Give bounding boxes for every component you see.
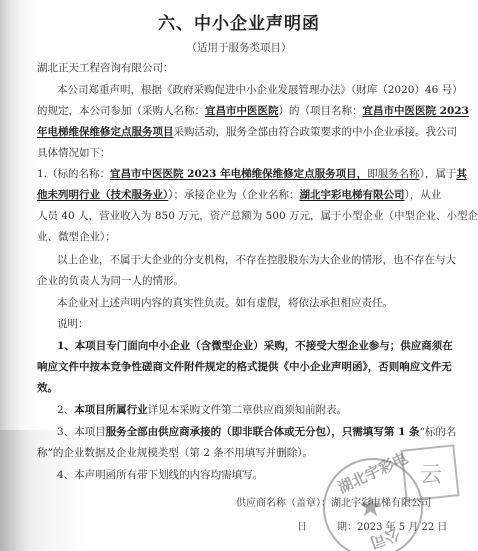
text: 采购活动，服务全部由符合政策要求的中小企业承接。我公司: [174, 126, 458, 138]
date-label: 日 期：: [297, 522, 357, 533]
note1-line1: 1、本项目专门面向中小企业（含微型企业）采购，不接受大型企业参与；供应商须在: [57, 340, 453, 353]
industry-end: 他未列明行业（技术服务业）: [37, 189, 168, 201]
text: 2、: [57, 404, 74, 416]
note1-line2: 响应文件中按本竞争性磋商文件附件规定的格式提供《中小企业声明函》，否则响应文件无: [37, 361, 452, 374]
project-name-start: 宜昌市中医医院 2023: [363, 105, 469, 117]
date-line: 日 期：2023 年 5 月 22 日: [297, 518, 447, 533]
item1-line4: 业、微型企业）；: [37, 231, 116, 244]
para1-line2: 的规定，本公司参加（采购人名称：宜昌市中医医院）的（项目名称：宜昌市中医医院 2…: [37, 105, 469, 118]
square-seal-text: 云: [420, 458, 442, 489]
note4: 4、本声明函所有带下划线的内容均需填写。: [57, 469, 263, 482]
industry-start: 其: [456, 168, 467, 180]
text: 详见本采购文件第二章供应商须知前附表。: [148, 404, 348, 416]
text: 3、本项目: [57, 426, 106, 438]
note3-line2: 称”的企业数据及企业规模类型（第 2 条不用填写并删除）。: [37, 447, 313, 460]
para1-line1: 本公司郑重声明，根据《政府采购促进中小企业发展管理办法》（财库（2020）46 …: [57, 84, 463, 97]
item1-line2: 他未列明行业（技术服务业））；承接企业为（企业名称：湖北宇彩电梯有限公司），从业: [37, 189, 441, 202]
company-name: 湖北宇彩电梯有限公司: [300, 189, 405, 201]
document-subtitle: （适用于服务类项目）: [0, 40, 478, 55]
subject-name: 宜昌市中医医院 2023 年电梯维保维修定点服务项目，: [110, 168, 367, 180]
supplier-label: 供应商名称（盖章）：: [236, 498, 331, 509]
item1-line3: 人员 40 人，营业收入为 850 万元，资产总额为 500 万元，属于小型企业…: [37, 210, 478, 223]
supplier-value: 湖北宇彩电梯有限公司: [331, 498, 431, 509]
note1-line3: 效。: [37, 382, 58, 395]
text: ）的（项目名称：: [279, 105, 363, 117]
notes-label: 说明：: [57, 318, 89, 331]
para1-line3: 年电梯维保维修定点服务项目采购活动，服务全部由符合政策要求的中小企业承接。我公司: [37, 126, 457, 139]
note2: 2、本项目所属行业详见本采购文件第二章供应商须知前附表。: [57, 404, 347, 417]
note3-line1: 3、本项目服务全部由供应商承接的（即非联合体或无分包），只需填写第 1 条“标的…: [57, 426, 456, 439]
text: “标的名: [420, 426, 457, 438]
service-name: 即服务名称: [367, 168, 420, 180]
project-name-end: 年电梯维保维修定点服务项目: [37, 126, 174, 138]
text: 1.（标的名称：: [37, 168, 110, 180]
item1-line1: 1.（标的名称：宜昌市中医医院 2023 年电梯维保维修定点服务项目，即服务名称…: [37, 168, 467, 181]
para2-line1: 以上企业，不属于大企业的分支机构，不存在控股股东为大企业的情形，也不存在与大: [57, 254, 456, 267]
para2-line2: 企业的负责人为同一人的情形。: [37, 275, 184, 288]
document-title: 六、中小企业声明函: [0, 9, 478, 34]
note2-bold: 本项目所属行业: [74, 404, 148, 416]
scanned-page: 六、中小企业声明函 （适用于服务类项目） 湖北正天工程咨询有限公司： 本公司郑重…: [0, 0, 478, 551]
date-value: 2023 年 5 月 22 日: [357, 522, 447, 533]
purchaser-name: 宜昌市中医医院: [205, 105, 279, 117]
text: 的规定，本公司参加（采购人名称：: [37, 105, 205, 117]
text: ），属于: [420, 168, 457, 180]
note3-bold: 服务全部由供应商承接的（即非联合体或无分包），只需填写第 1 条: [106, 426, 420, 438]
text: ），从业: [405, 189, 442, 201]
text: ）；承接企业为（企业名称：: [168, 189, 299, 201]
addressee: 湖北正天工程咨询有限公司：: [37, 62, 174, 75]
para1-line4: 具体情况如下：: [37, 147, 111, 160]
supplier-line: 供应商名称（盖章）：湖北宇彩电梯有限公司: [236, 494, 431, 509]
para3: 本企业对上述声明内容的真实性负责。如有虚假，将依法承担相应责任。: [57, 297, 393, 310]
